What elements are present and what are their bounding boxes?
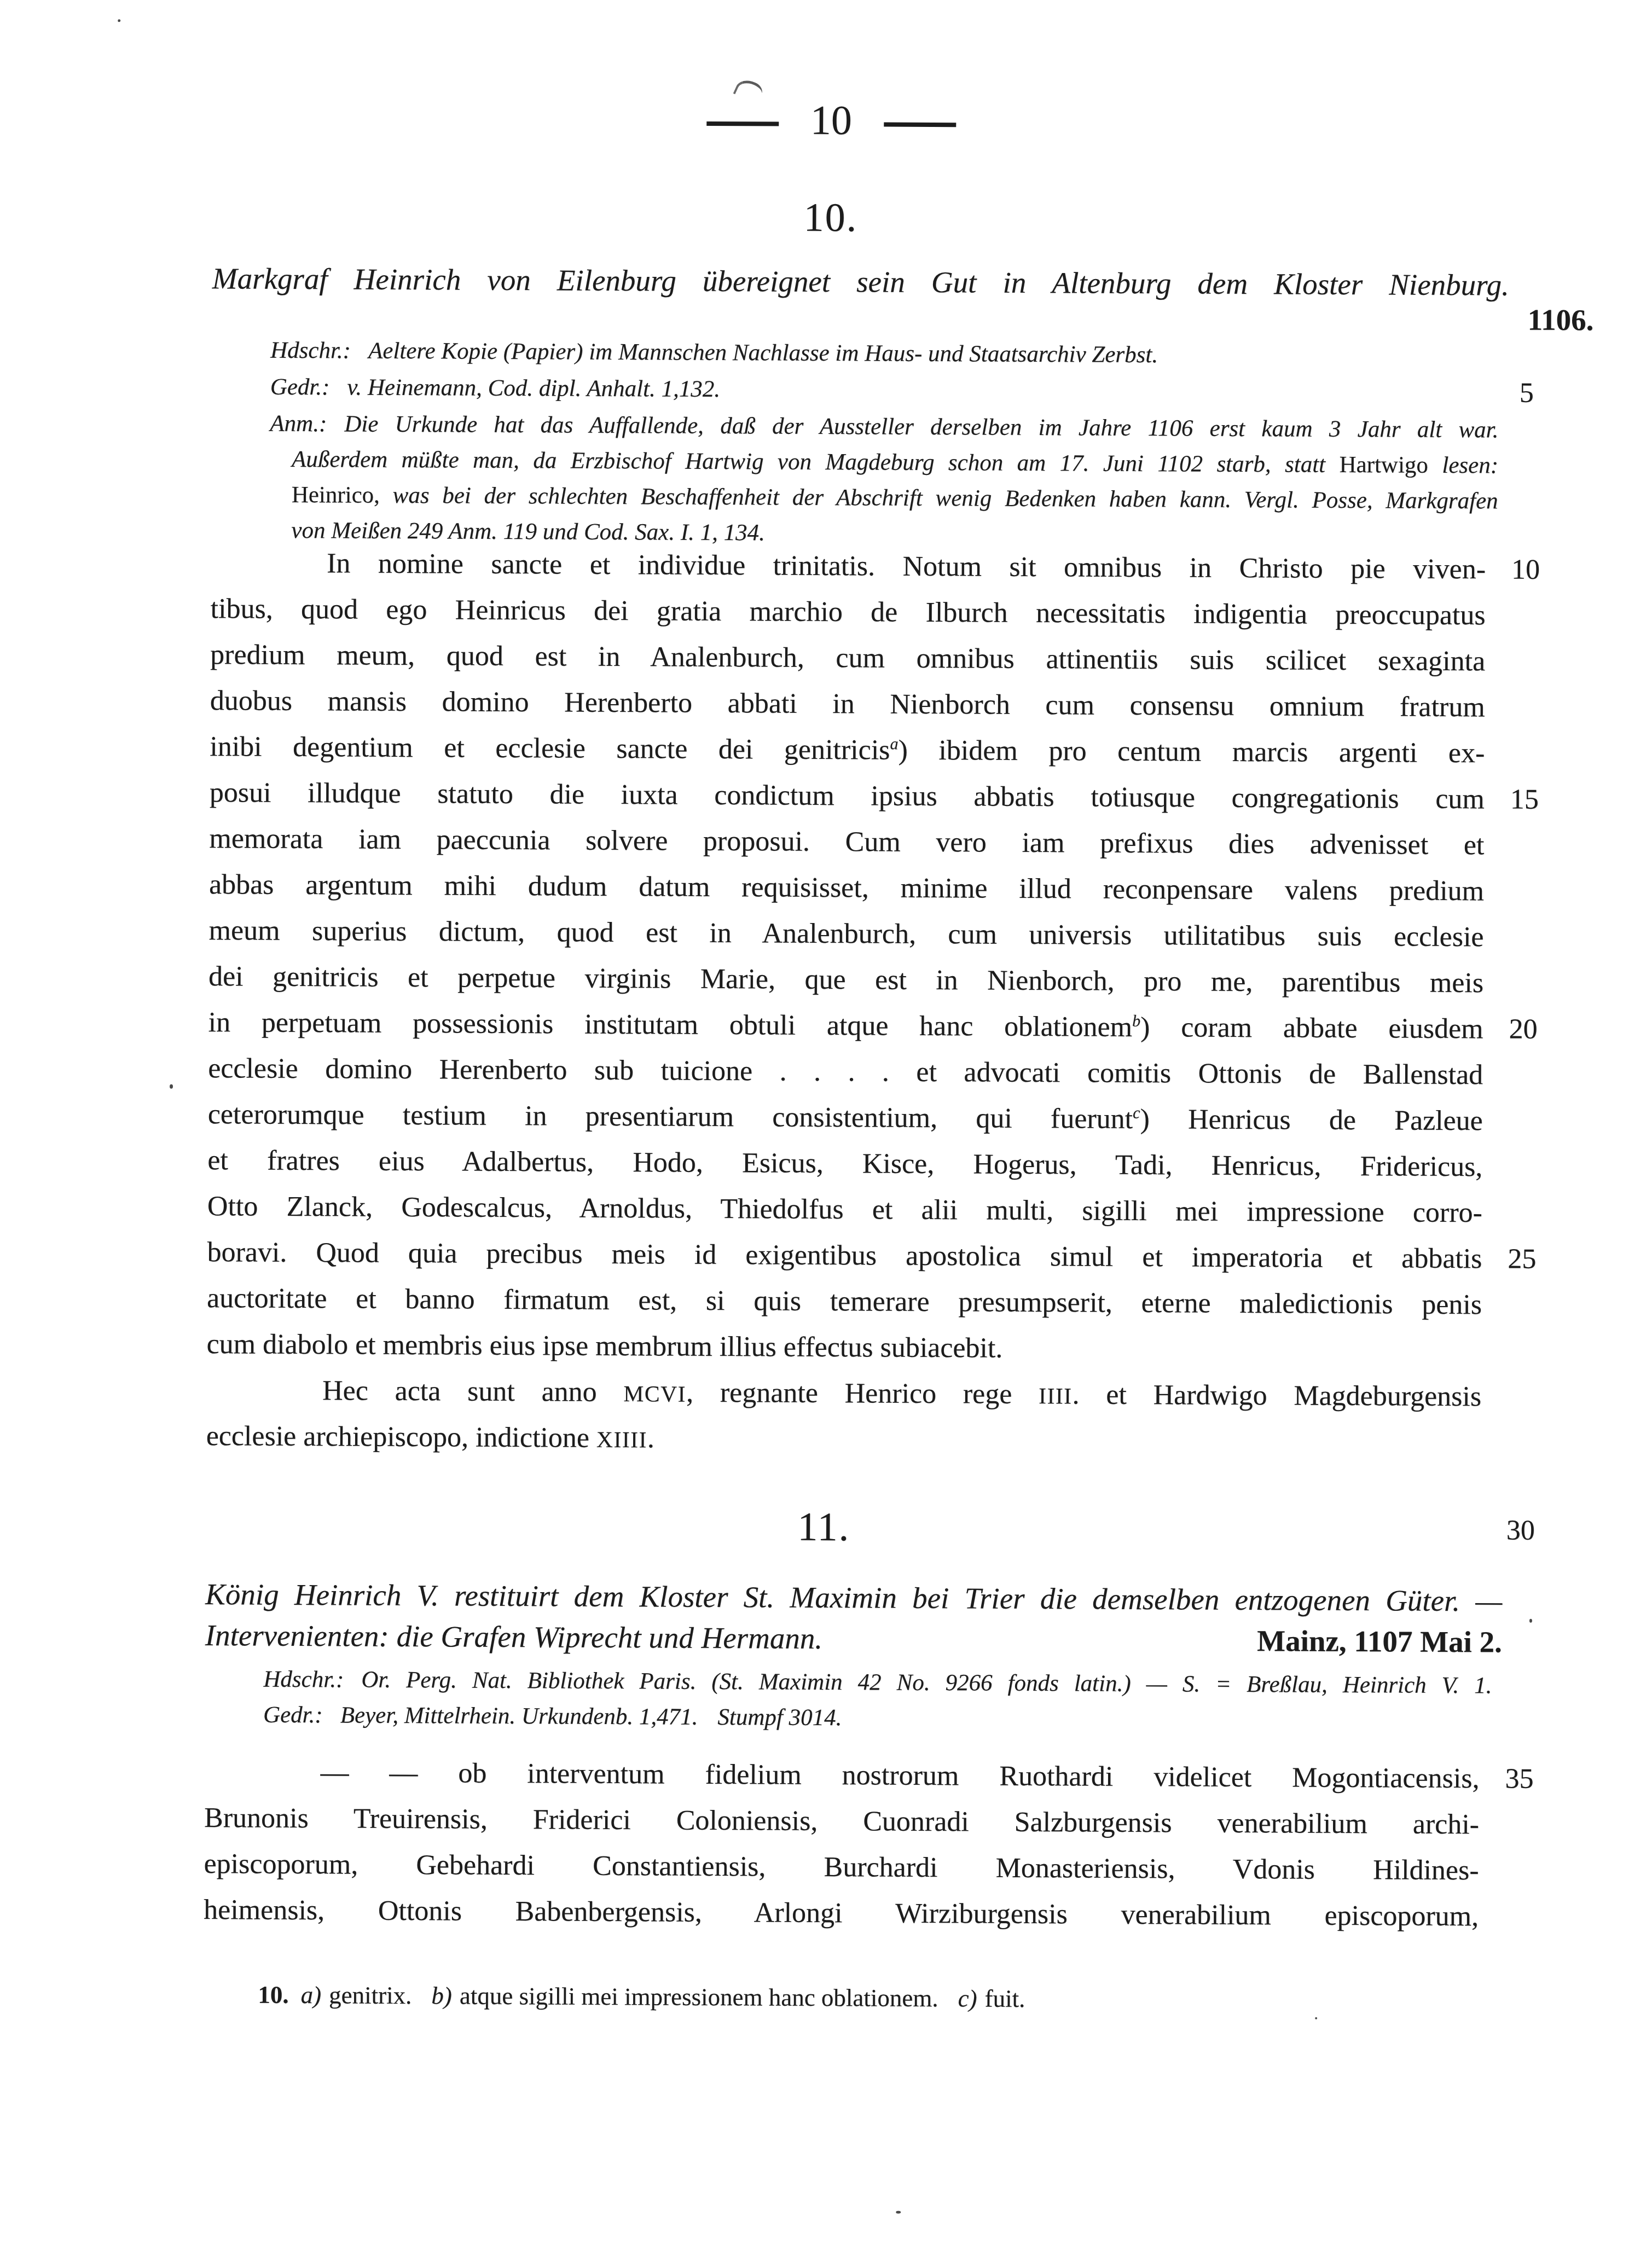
- charter10-text-line: ceterorumque testium in presentiarum con…: [208, 1092, 1483, 1144]
- charter10-text-line: Hec acta sunt anno MCVI, regnante Henric…: [206, 1367, 1481, 1420]
- header-rule-right-icon: [884, 123, 956, 127]
- charter11-text-line: — — ob interventum fidelium nostrorum Ru…: [204, 1749, 1479, 1802]
- footnote-marker-c: c: [1133, 1104, 1140, 1122]
- scan-speck: [896, 2211, 901, 2214]
- page-number: 10: [810, 96, 852, 145]
- scan-speck: [170, 1084, 173, 1089]
- smallcaps-roman-numeral: MCVI: [623, 1381, 686, 1407]
- charter11-text-line: heimensis, Ottonis Babenbergensis, Arlon…: [204, 1887, 1479, 1940]
- hdschr-text: Aeltere Kopie (Papier) im Mannschen Nach…: [368, 338, 1158, 368]
- charter11-section-number: 11.: [0, 1499, 1650, 1555]
- charter11-gedr-note: Gedr.:Beyer, Mittelrhein. Urkundenb. 1,4…: [263, 1699, 1492, 1738]
- scan-speck: [1315, 2017, 1317, 2019]
- footnote-text-b: atque sigilli mei impressionem hanc obla…: [460, 1982, 938, 2012]
- gedr-label: Gedr.:: [263, 1702, 323, 1728]
- charter10-text-line: auctoritate et banno firmatum est, si qu…: [207, 1275, 1482, 1328]
- smallcaps-roman-numeral: XIIII: [596, 1427, 647, 1452]
- charter10-text-line: tibus, quod ego Heinricus dei gratia mar…: [210, 586, 1485, 639]
- footnote-text-c: fuit.: [984, 1985, 1025, 2012]
- charter10-text-line: ecclesie domino Herenberto sub tuicione …: [208, 1046, 1483, 1098]
- margin-line-number: 15: [1489, 783, 1560, 816]
- smallcaps-roman-numeral: IIII: [1039, 1383, 1073, 1408]
- page-header: 10: [5, 91, 1652, 149]
- charter10-section-number: 10.: [4, 190, 1652, 246]
- charter10-text-line: dei genitricis et perpetue virginis Mari…: [208, 954, 1483, 1006]
- charter11-place-date: Mainz, 1107 Mai 2.: [1257, 1622, 1502, 1661]
- charter10-year: 1106.: [1317, 303, 1593, 337]
- anm-label: Anm.:: [270, 411, 327, 437]
- charter11-title-line1: König Heinrich V. restituirt dem Kloster…: [205, 1575, 1502, 1620]
- header-rule-left-icon: [706, 121, 779, 126]
- charter10-text-line: predium meum, quod est in Analenburch, c…: [210, 632, 1485, 684]
- anm-text-roman: Hartwigo: [1339, 452, 1428, 478]
- gedr-text: v. Heinemann, Cod. dipl. Anhalt. 1,132.: [347, 374, 720, 402]
- gedr-text: Beyer, Mittelrhein. Urkundenb. 1,471.: [340, 1702, 698, 1730]
- margin-line-number: 30: [1485, 1514, 1556, 1547]
- charter10-text-line: Otto Zlanck, Godescalcus, Arnoldus, Thie…: [207, 1183, 1482, 1236]
- charter10-text-line: posui illudque statuto die iuxta condict…: [210, 770, 1485, 822]
- footnote-line: 10.a)genitrix.b)atque sigilli mei impres…: [258, 1979, 1516, 2017]
- footnote-text-a: genitrix.: [329, 1981, 411, 2009]
- anm-text: Außerdem müßte man, da Erzbischof Hartwi…: [292, 446, 1340, 478]
- charter10-anm-note-line1: Anm.:Die Urkunde hat das Auffallende, da…: [270, 408, 1498, 446]
- charter10-text-line: cum diabolo et membris eius ipse membrum…: [206, 1321, 1481, 1374]
- footnote-label-c: c): [958, 1984, 977, 2012]
- margin-line-number: 10: [1490, 553, 1561, 587]
- charter10-text-line: in perpetuam possessionis institutam obt…: [208, 1000, 1483, 1052]
- charter10-text-line: boravi. Quod quia precibus meis id exige…: [207, 1229, 1482, 1282]
- charter10-text-line: duobus mansis domino Herenberto abbati i…: [210, 678, 1485, 730]
- charter10-text-line: et fratres eius Adalbertus, Hodo, Esicus…: [207, 1137, 1482, 1190]
- anm-text-roman: Heinrico,: [292, 482, 380, 508]
- footnote-charter-number: 10.: [258, 1981, 289, 2009]
- charter10-title: Markgraf Heinrich von Eilenburg übereign…: [212, 259, 1509, 304]
- hdschr-label: Hdschr.:: [263, 1667, 344, 1693]
- scan-speck: [1529, 1619, 1532, 1623]
- hdschr-text: Or. Perg. Nat. Bibliothek Paris. (St. Ma…: [361, 1667, 1492, 1699]
- charter11-hdschr-note: Hdschr.:Or. Perg. Nat. Bibliothek Paris.…: [263, 1664, 1492, 1702]
- scanned-book-page: 10 10. Markgraf Heinrich von Eilenburg ü…: [0, 0, 1652, 2246]
- page-content: 10 10. Markgraf Heinrich von Eilenburg ü…: [0, 0, 1652, 2246]
- charter11-title-line2: Intervenienten: die Grafen Wiprecht und …: [205, 1616, 1502, 1661]
- margin-line-number: 25: [1486, 1243, 1557, 1276]
- charter10-gedr-note: Gedr.:v. Heinemann, Cod. dipl. Anhalt. 1…: [270, 372, 1499, 410]
- footnote-marker-a: a: [890, 734, 898, 753]
- margin-line-number: 35: [1483, 1762, 1555, 1796]
- anm-text: lesen:: [1428, 452, 1498, 479]
- gedr-label: Gedr.:: [270, 374, 330, 401]
- charter10-text-line: meum superius dictum, quod est in Analen…: [208, 908, 1483, 960]
- charter10-text-line: ecclesie archiepiscopo, indictione XIIII…: [206, 1413, 1481, 1466]
- charter10-anm-note-line3: Heinrico, was bei der schlechten Beschaf…: [292, 479, 1498, 518]
- hdschr-label: Hdschr.:: [270, 338, 351, 364]
- charter11-subtitle: Intervenienten: die Grafen Wiprecht und …: [205, 1618, 823, 1655]
- footnote-label-a: a): [300, 1981, 321, 2009]
- charter10-text-line: inibi degentium et ecclesie sancte dei g…: [210, 724, 1485, 776]
- footnote-label-b: b): [431, 1982, 452, 2009]
- gedr-text: Stumpf 3014.: [717, 1704, 842, 1731]
- margin-line-number: 20: [1487, 1013, 1558, 1046]
- anm-text: Die Urkunde hat das Auffallende, daß der…: [344, 411, 1498, 443]
- charter10-text-line: In nomine sancte et individue trinitatis…: [211, 540, 1486, 593]
- margin-line-number: 5: [1491, 376, 1562, 410]
- anm-text: was bei der schlechten Beschaffenheit de…: [380, 483, 1498, 514]
- footnote-marker-b: b: [1132, 1012, 1140, 1030]
- charter10-hdschr-note: Hdschr.:Aeltere Kopie (Papier) im Mannsc…: [270, 335, 1499, 373]
- charter11-text-line: episcoporum, Gebehardi Constantiensis, B…: [204, 1841, 1479, 1894]
- charter10-anm-note-line2: Außerdem müßte man, da Erzbischof Hartwi…: [292, 444, 1498, 482]
- charter10-text-line: memorata iam paeccunia solvere proposui.…: [209, 816, 1484, 868]
- charter11-text-line: Brunonis Treuirensis, Friderici Colonien…: [204, 1795, 1479, 1848]
- scan-speck: [118, 19, 120, 22]
- charter10-text-line: abbas argentum mihi dudum datum requisis…: [209, 862, 1484, 914]
